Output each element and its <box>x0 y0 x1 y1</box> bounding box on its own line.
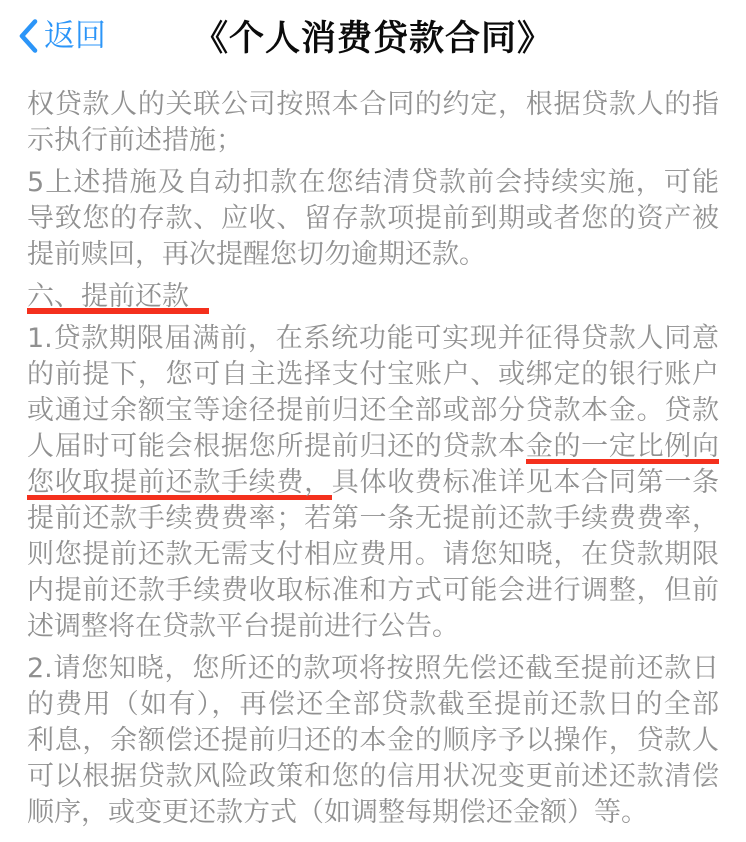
text-line: 提前赎回，再次提醒您切勿逾期还款。 <box>27 237 719 273</box>
text-line: 或通过余额宝等途径提前归还全部或部分贷款本金。贷款 <box>27 393 719 429</box>
text-line: 顺序，或变更还款方式（如调整每期偿还金额）等。 <box>27 795 719 831</box>
text-segment: 利息，余额偿还提前归还的本金的顺序予以操作，贷款人 <box>27 725 719 756</box>
text-line: 1.贷款期限届满前，在系统功能可实现并征得贷款人同意 <box>27 321 719 357</box>
page-title: 《个人消费贷款合同》 <box>0 0 746 72</box>
text-line: 权贷款人的关联公司按照本合同的约定，根据贷款人的指 <box>27 87 719 123</box>
text-segment: 2.请您知晓，您所还的款项将按照先偿还截至提前还款日 <box>27 653 719 684</box>
text-line: 提前还款手续费费率；若第一条无提前还款手续费费率， <box>27 501 719 537</box>
text-line: 可以根据贷款风险政策和您的信用状况变更前述还款清偿 <box>27 759 719 795</box>
text-segment: 5上述措施及自动扣款在您结清贷款前会持续实施，可能 <box>27 167 719 198</box>
nav-bar: 返回 《个人消费贷款合同》 <box>0 0 746 72</box>
text-segment: 述调整将在贷款平台提前进行公告。 <box>27 611 459 642</box>
text-segment: 内提前还款手续费收取标准和方式可能会进行调整，但前 <box>27 575 719 606</box>
text-segment: 或通过余额宝等途径提前归还全部或部分贷款本金。贷款 <box>27 395 719 426</box>
text-line: 示执行前述措施； <box>27 123 719 159</box>
text-line: 5上述措施及自动扣款在您结清贷款前会持续实施，可能 <box>27 165 719 201</box>
text-segment: 人届时可能会根据您所提前归还的贷款本 <box>27 431 526 462</box>
text-segment: 具体收费标准详见本合同第一条 <box>332 467 719 498</box>
text-segment: 的前提下，您可自主选择支付宝账户、或绑定的银行账户 <box>27 359 719 390</box>
text-line: 您收取提前还款手续费，具体收费标准详见本合同第一条 <box>27 465 719 501</box>
text-line: 人届时可能会根据您所提前归还的贷款本金的一定比例向 <box>27 429 719 465</box>
section-6-clause-1: 1.贷款期限届满前，在系统功能可实现并征得贷款人同意的前提下，您可自主选择支付宝… <box>27 321 719 645</box>
red-underlined-text: 您收取提前还款手续费， <box>27 467 332 500</box>
text-segment: 权贷款人的关联公司按照本合同的约定，根据贷款人的指 <box>27 89 719 120</box>
text-segment: 提前赎回，再次提醒您切勿逾期还款。 <box>27 239 486 270</box>
text-segment: 提前还款手续费费率；若第一条无提前还款手续费费率， <box>27 503 719 534</box>
clause-5-item: 5上述措施及自动扣款在您结清贷款前会持续实施，可能导致您的存款、应收、留存款项提… <box>27 165 719 273</box>
text-line: 则您提前还款无需支付相应费用。请您知晓，在贷款期限 <box>27 537 719 573</box>
text-line: 2.请您知晓，您所还的款项将按照先偿还截至提前还款日 <box>27 651 719 687</box>
text-segment: 则您提前还款无需支付相应费用。请您知晓，在贷款期限 <box>27 539 719 570</box>
chevron-left-icon <box>18 18 39 54</box>
section-6-clause-2: 2.请您知晓，您所还的款项将按照先偿还截至提前还款日的费用（如有），再偿还全部贷… <box>27 651 719 831</box>
text-line: 六、提前还款 <box>27 279 719 315</box>
text-line: 内提前还款手续费收取标准和方式可能会进行调整，但前 <box>27 573 719 609</box>
text-line: 利息，余额偿还提前归还的本金的顺序予以操作，贷款人 <box>27 723 719 759</box>
section-6-heading: 六、提前还款 <box>27 279 719 315</box>
text-line: 述调整将在贷款平台提前进行公告。 <box>27 609 719 645</box>
text-segment: 示执行前述措施； <box>27 125 243 156</box>
text-segment: 顺序，或变更还款方式（如调整每期偿还金额）等。 <box>27 797 648 828</box>
text-line: 导致您的存款、应收、留存款项提前到期或者您的资产被 <box>27 201 719 237</box>
text-segment: 导致您的存款、应收、留存款项提前到期或者您的资产被 <box>27 203 719 234</box>
clause-5-continuation: 权贷款人的关联公司按照本合同的约定，根据贷款人的指示执行前述措施； <box>27 87 719 159</box>
text-segment: 1.贷款期限届满前，在系统功能可实现并征得贷款人同意 <box>27 323 719 354</box>
text-line: 的前提下，您可自主选择支付宝账户、或绑定的银行账户 <box>27 357 719 393</box>
text-segment: 的费用（如有），再偿还全部贷款截至提前还款日的全部 <box>27 689 719 720</box>
document-body: 权贷款人的关联公司按照本合同的约定，根据贷款人的指示执行前述措施；5上述措施及自… <box>0 72 746 831</box>
back-button[interactable]: 返回 <box>18 18 106 54</box>
red-underlined-text: 六、提前还款 <box>27 281 209 314</box>
text-segment: 可以根据贷款风险政策和您的信用状况变更前述还款清偿 <box>27 761 719 792</box>
back-label: 返回 <box>44 21 106 52</box>
red-underlined-text: 金的一定比例向 <box>526 431 719 464</box>
text-line: 的费用（如有），再偿还全部贷款截至提前还款日的全部 <box>27 687 719 723</box>
